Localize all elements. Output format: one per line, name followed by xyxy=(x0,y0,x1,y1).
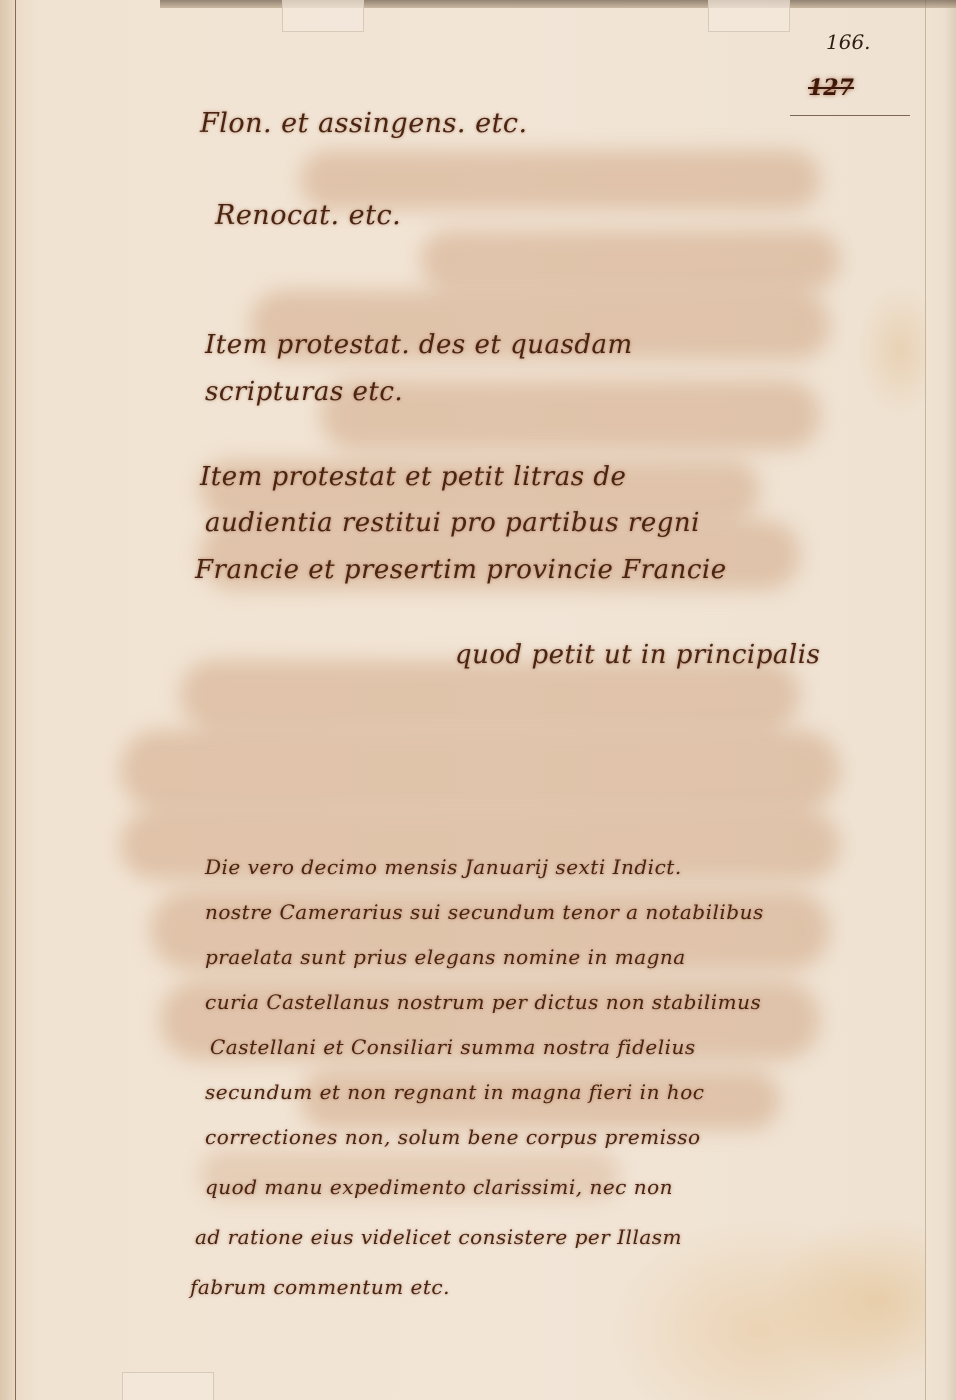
mount-tab xyxy=(122,1372,214,1400)
body-line: nostre Camerarius sui secundum tenor a n… xyxy=(205,900,764,924)
heading-line: Flon. et assingens. etc. xyxy=(200,108,528,139)
body-line: ad ratione eius videlicet consistere per… xyxy=(195,1225,682,1249)
body-line: correctiones non, solum bene corpus prem… xyxy=(205,1125,701,1149)
folio-rule xyxy=(790,115,910,116)
centered-line: quod petit ut in principalis xyxy=(455,640,820,670)
heading-line: Renocat. etc. xyxy=(215,200,401,231)
body-line: curia Castellanus nostrum per dictus non… xyxy=(205,990,761,1014)
paragraph-line: Item protestat. des et quasdam xyxy=(205,330,633,360)
body-line: Die vero decimo mensis Januarij sexti In… xyxy=(205,855,682,879)
mount-tab xyxy=(708,0,790,32)
bleed-through-stain xyxy=(180,660,800,730)
mount-tab xyxy=(282,0,364,32)
body-line: fabrum commentum etc. xyxy=(190,1275,450,1299)
page-top-edge xyxy=(160,0,956,8)
bleed-through-stain xyxy=(120,730,840,810)
paragraph-line: Francie et presertim provincie Francie xyxy=(195,555,727,585)
bleed-through-stain xyxy=(420,230,840,290)
paragraph-line: scripturas etc. xyxy=(205,377,403,407)
crossed-out-folio-number: 127 xyxy=(808,75,854,101)
page-fore-edge xyxy=(925,0,956,1400)
body-line: secundum et non regnant in magna fieri i… xyxy=(205,1080,704,1104)
paragraph-line: audientia restitui pro partibus regni xyxy=(205,508,700,538)
body-line: praelata sunt prius elegans nomine in ma… xyxy=(205,945,686,969)
body-line: quod manu expedimento clarissimi, nec no… xyxy=(205,1175,673,1199)
body-line: Castellani et Consiliari summa nostra fi… xyxy=(210,1035,696,1059)
facing-page-edge xyxy=(0,0,16,1400)
paragraph-line: Item protestat et petit litras de xyxy=(200,462,626,492)
manuscript-page: 166. 127 Flon. et assingens. etc. Renoca… xyxy=(0,0,956,1400)
folio-number: 166. xyxy=(826,30,871,54)
